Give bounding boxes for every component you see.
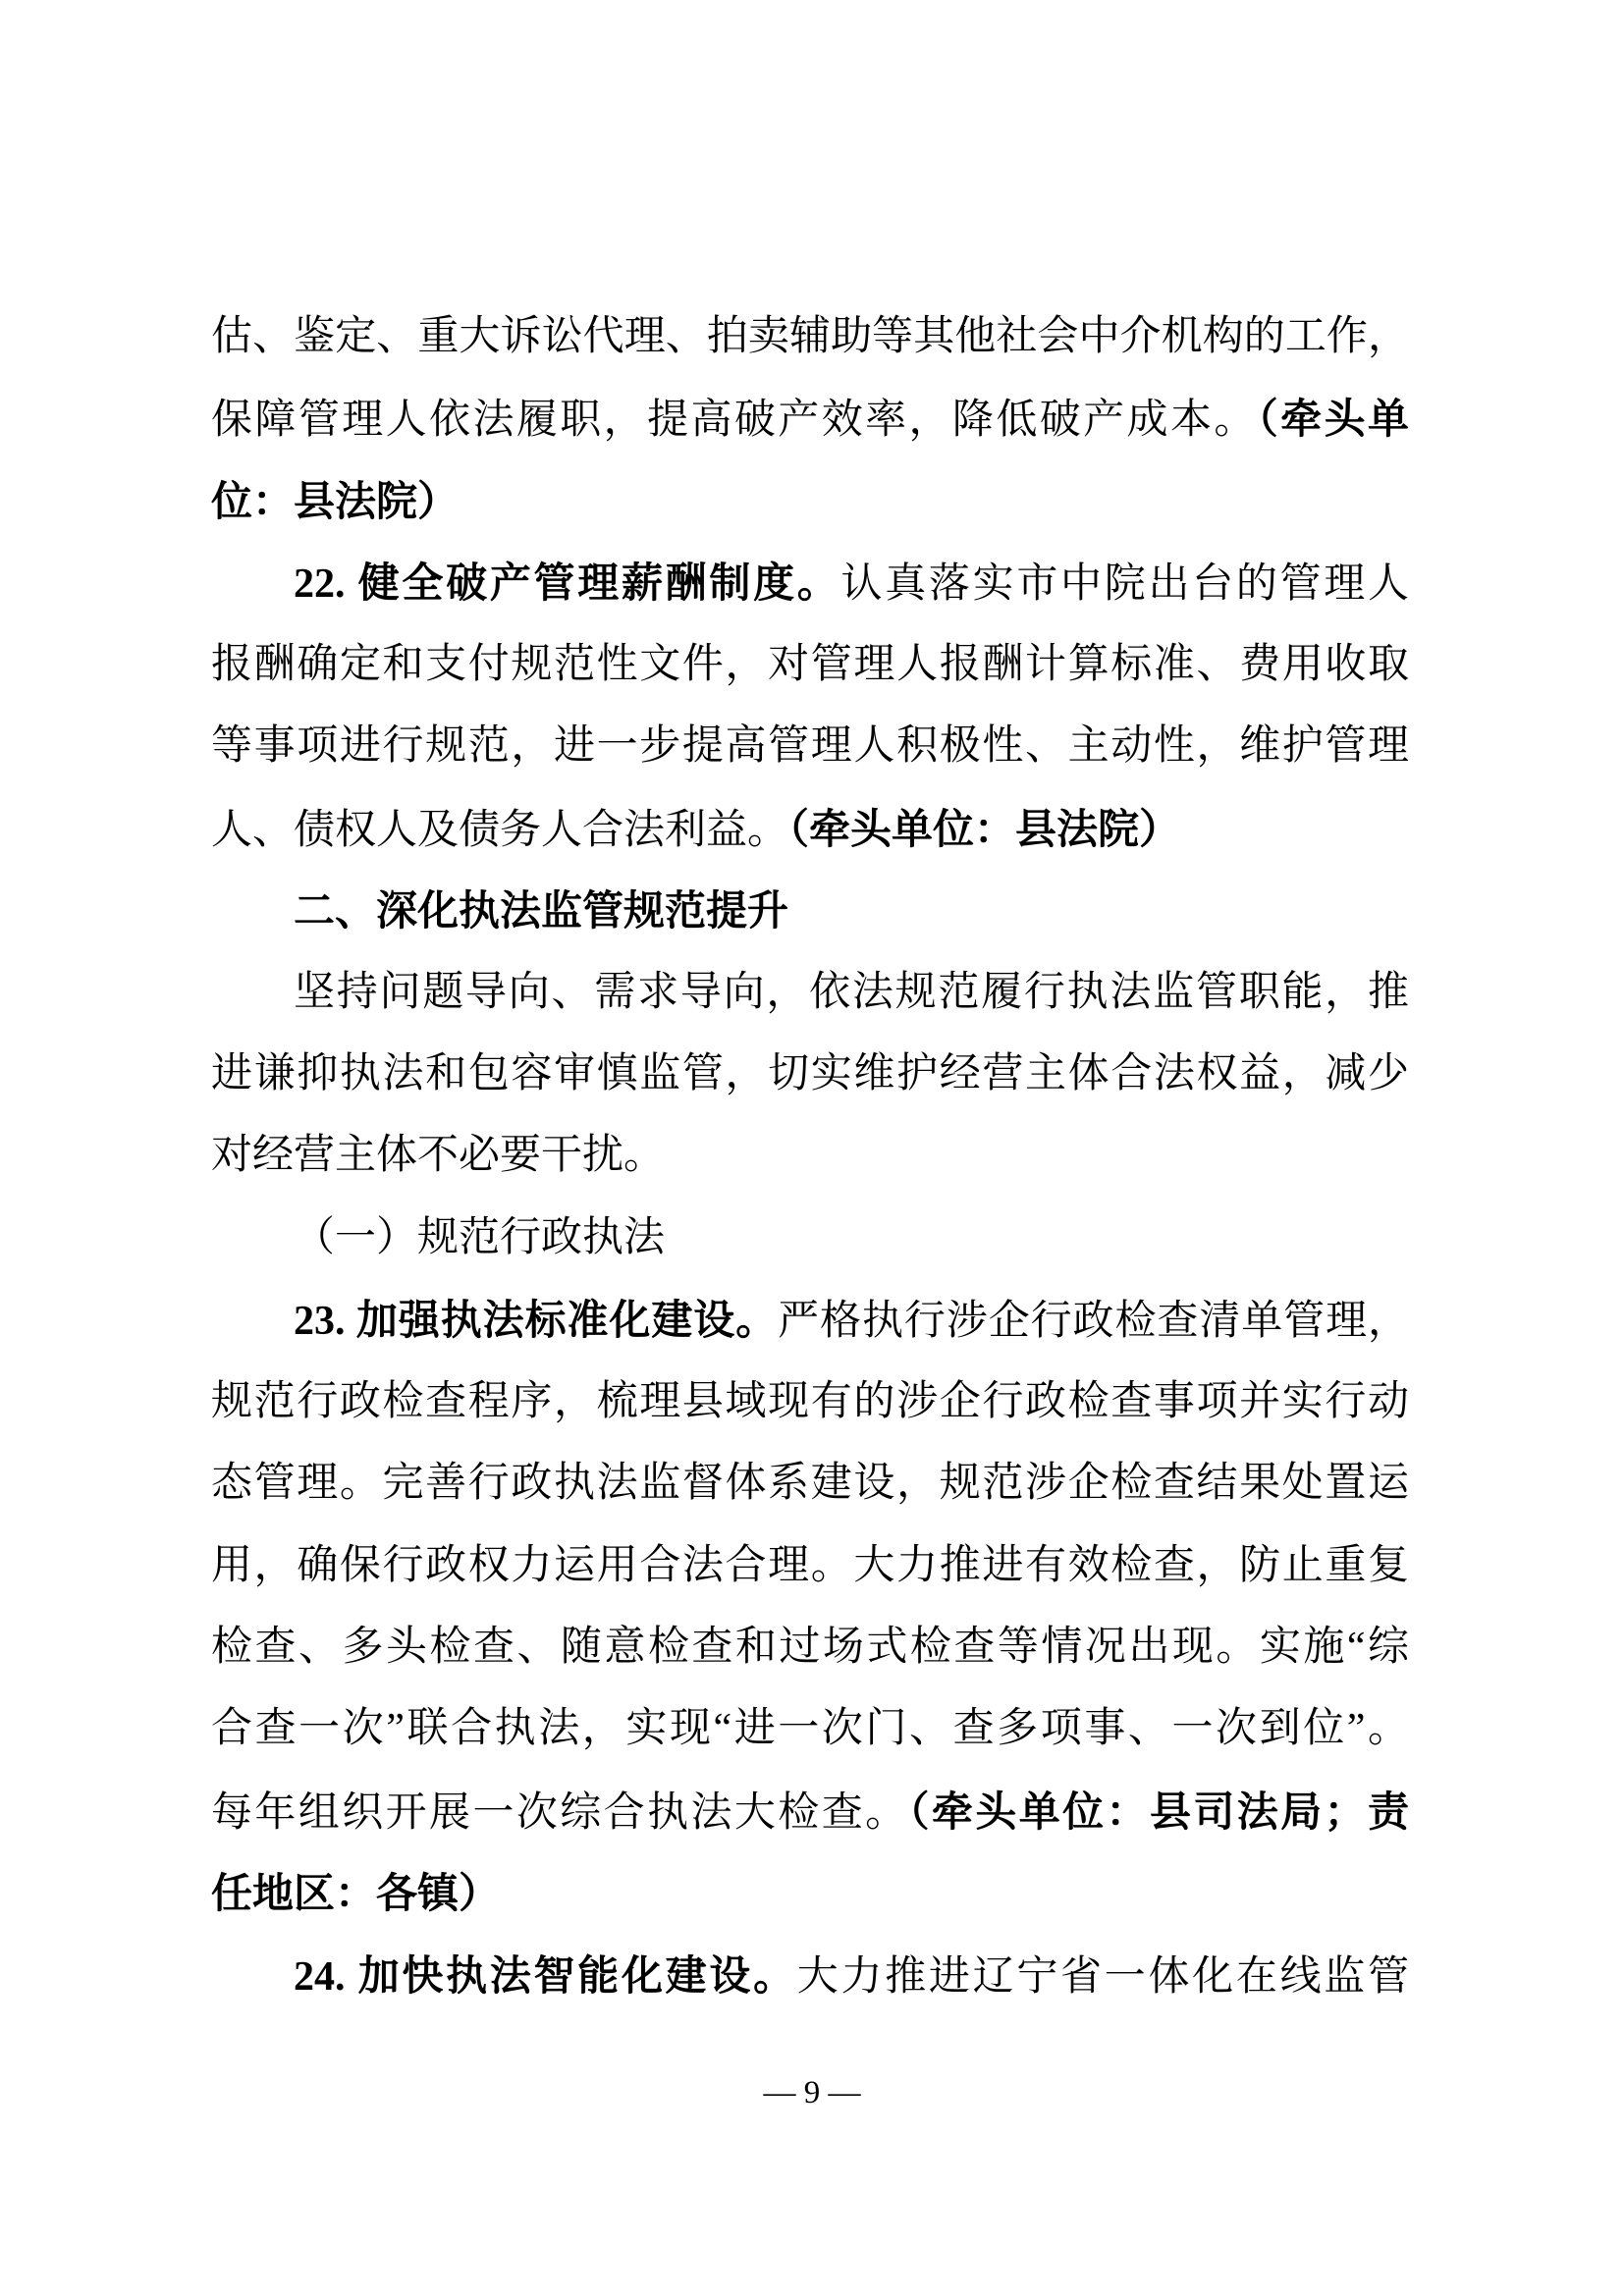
text-line: 检查、多头检查、随意检查和过场式检查等情况出现。实施“综 [211,1607,1409,1688]
body-text-run: 保障管理人依法履职，提高破产效率，降低破产成本。 [211,398,1258,443]
section-heading-text: 二、深化执法监管规范提升 [294,887,788,934]
body-text-run: 进谦抑执法和包容审慎监管，切实维护经营主体合法权益，减少 [211,1051,1409,1096]
text-line: 位：县法院） [211,460,1409,542]
lead-unit-run: 位：县法院） [211,478,459,524]
body-text-run: 严格执行涉企行政检查清单管理， [778,1299,1409,1344]
lead-unit-run: （牵头单 [1258,396,1409,442]
text-block: 估、鉴定、重大诉讼代理、拍卖辅助等其他社会中介机构的工作， 保障管理人依法履职，… [211,296,1409,2016]
body-text-run: 报酬确定和支付规范性文件，对管理人报酬计算标准、费用收取 [211,642,1409,687]
text-line: 人、债权人及债务人合法利益。（牵头单位：县法院） [211,788,1409,870]
body-text-run: 合查一次”联合执法，实现“进一次门、查多项事、一次到位”。 [211,1706,1409,1751]
subsection-heading: （一）规范行政执法 [211,1198,1409,1279]
item-title-run: 加强执法标准化建设。 [356,1297,778,1343]
subsection-heading-text: （一）规范行政执法 [294,1215,665,1260]
body-text-run: 检查、多头检查、随意检查和过场式检查等情况出现。实施“综 [211,1625,1409,1670]
body-text-run: 人、债权人及债务人合法利益。 [211,808,788,853]
body-text-run: 对经营主体不必要干扰。 [211,1133,665,1178]
text-line: 对经营主体不必要干扰。 [211,1115,1409,1197]
text-line: 坚持问题导向、需求导向，依法规范履行执法监管职能，推 [211,952,1409,1034]
item-number-run: 23. [294,1299,356,1344]
text-line: 规范行政检查程序，梳理县域现有的涉企行政检查事项并实行动 [211,1362,1409,1443]
text-line: 进谦抑执法和包容审慎监管，切实维护经营主体合法权益，减少 [211,1034,1409,1115]
text-line: 保障管理人依法履职，提高破产效率，降低破产成本。（牵头单 [211,378,1409,459]
text-line-item-24: 24. 加快执法智能化建设。大力推进辽宁省一体化在线监管 [211,1935,1409,2016]
item-title-run: 加快执法智能化建设。 [358,1952,797,1999]
section-heading: 二、深化执法监管规范提升 [211,870,1409,951]
text-line: 每年组织开展一次综合执法大检查。（牵头单位：县司法局；责 [211,1771,1409,1852]
text-line: 合查一次”联合执法，实现“进一次门、查多项事、一次到位”。 [211,1688,1409,1770]
page-number: — 9 — [0,2071,1624,2114]
text-line: 用，确保行政权力运用合法合理。大力推进有效检查，防止重复 [211,1525,1409,1607]
body-text-run: 每年组织开展一次综合执法大检查。 [211,1790,909,1836]
text-line: 任地区：各镇） [211,1852,1409,1934]
body-text-run: 规范行政检查程序，梳理县域现有的涉企行政检查事项并实行动 [211,1379,1409,1424]
lead-unit-run: （牵头单位：县司法局；责 [909,1789,1409,1835]
text-line: 等事项进行规范，进一步提高管理人积极性、主动性，维护管理 [211,706,1409,787]
lead-unit-run: 任地区：各镇） [211,1870,500,1916]
text-line-item-22: 22. 健全破产管理薪酬制度。认真落实市中院出台的管理人 [211,542,1409,623]
body-text-run: 用，确保行政权力运用合法合理。大力推进有效检查，防止重复 [211,1543,1409,1588]
text-line: 报酬确定和支付规范性文件，对管理人报酬计算标准、费用收取 [211,624,1409,706]
body-text-run: 坚持问题导向、需求导向，依法规范履行执法监管职能，推 [294,970,1409,1015]
text-line-item-23: 23. 加强执法标准化建设。严格执行涉企行政检查清单管理， [211,1279,1409,1361]
body-text-run: 等事项进行规范，进一步提高管理人积极性、主动性，维护管理 [211,723,1409,769]
body-text-run: 大力推进辽宁省一体化在线监管 [797,1954,1409,2000]
document-page: 估、鉴定、重大诉讼代理、拍卖辅助等其他社会中介机构的工作， 保障管理人依法履职，… [0,0,1624,2296]
body-text-run: 估、鉴定、重大诉讼代理、拍卖辅助等其他社会中介机构的工作， [211,314,1409,359]
item-number-run: 22. [294,561,358,607]
item-number-run: 24. [294,1954,358,2000]
item-title-run: 健全破产管理薪酬制度。 [358,560,841,606]
text-line: 估、鉴定、重大诉讼代理、拍卖辅助等其他社会中介机构的工作， [211,296,1409,378]
text-line: 态管理。完善行政执法监督体系建设，规范涉企检查结果处置运 [211,1443,1409,1524]
body-text-run: 态管理。完善行政执法监督体系建设，规范涉企检查结果处置运 [211,1461,1409,1506]
lead-unit-run: （牵头单位：县法院） [788,806,1180,852]
body-text-run: 认真落实市中院出台的管理人 [841,561,1410,607]
